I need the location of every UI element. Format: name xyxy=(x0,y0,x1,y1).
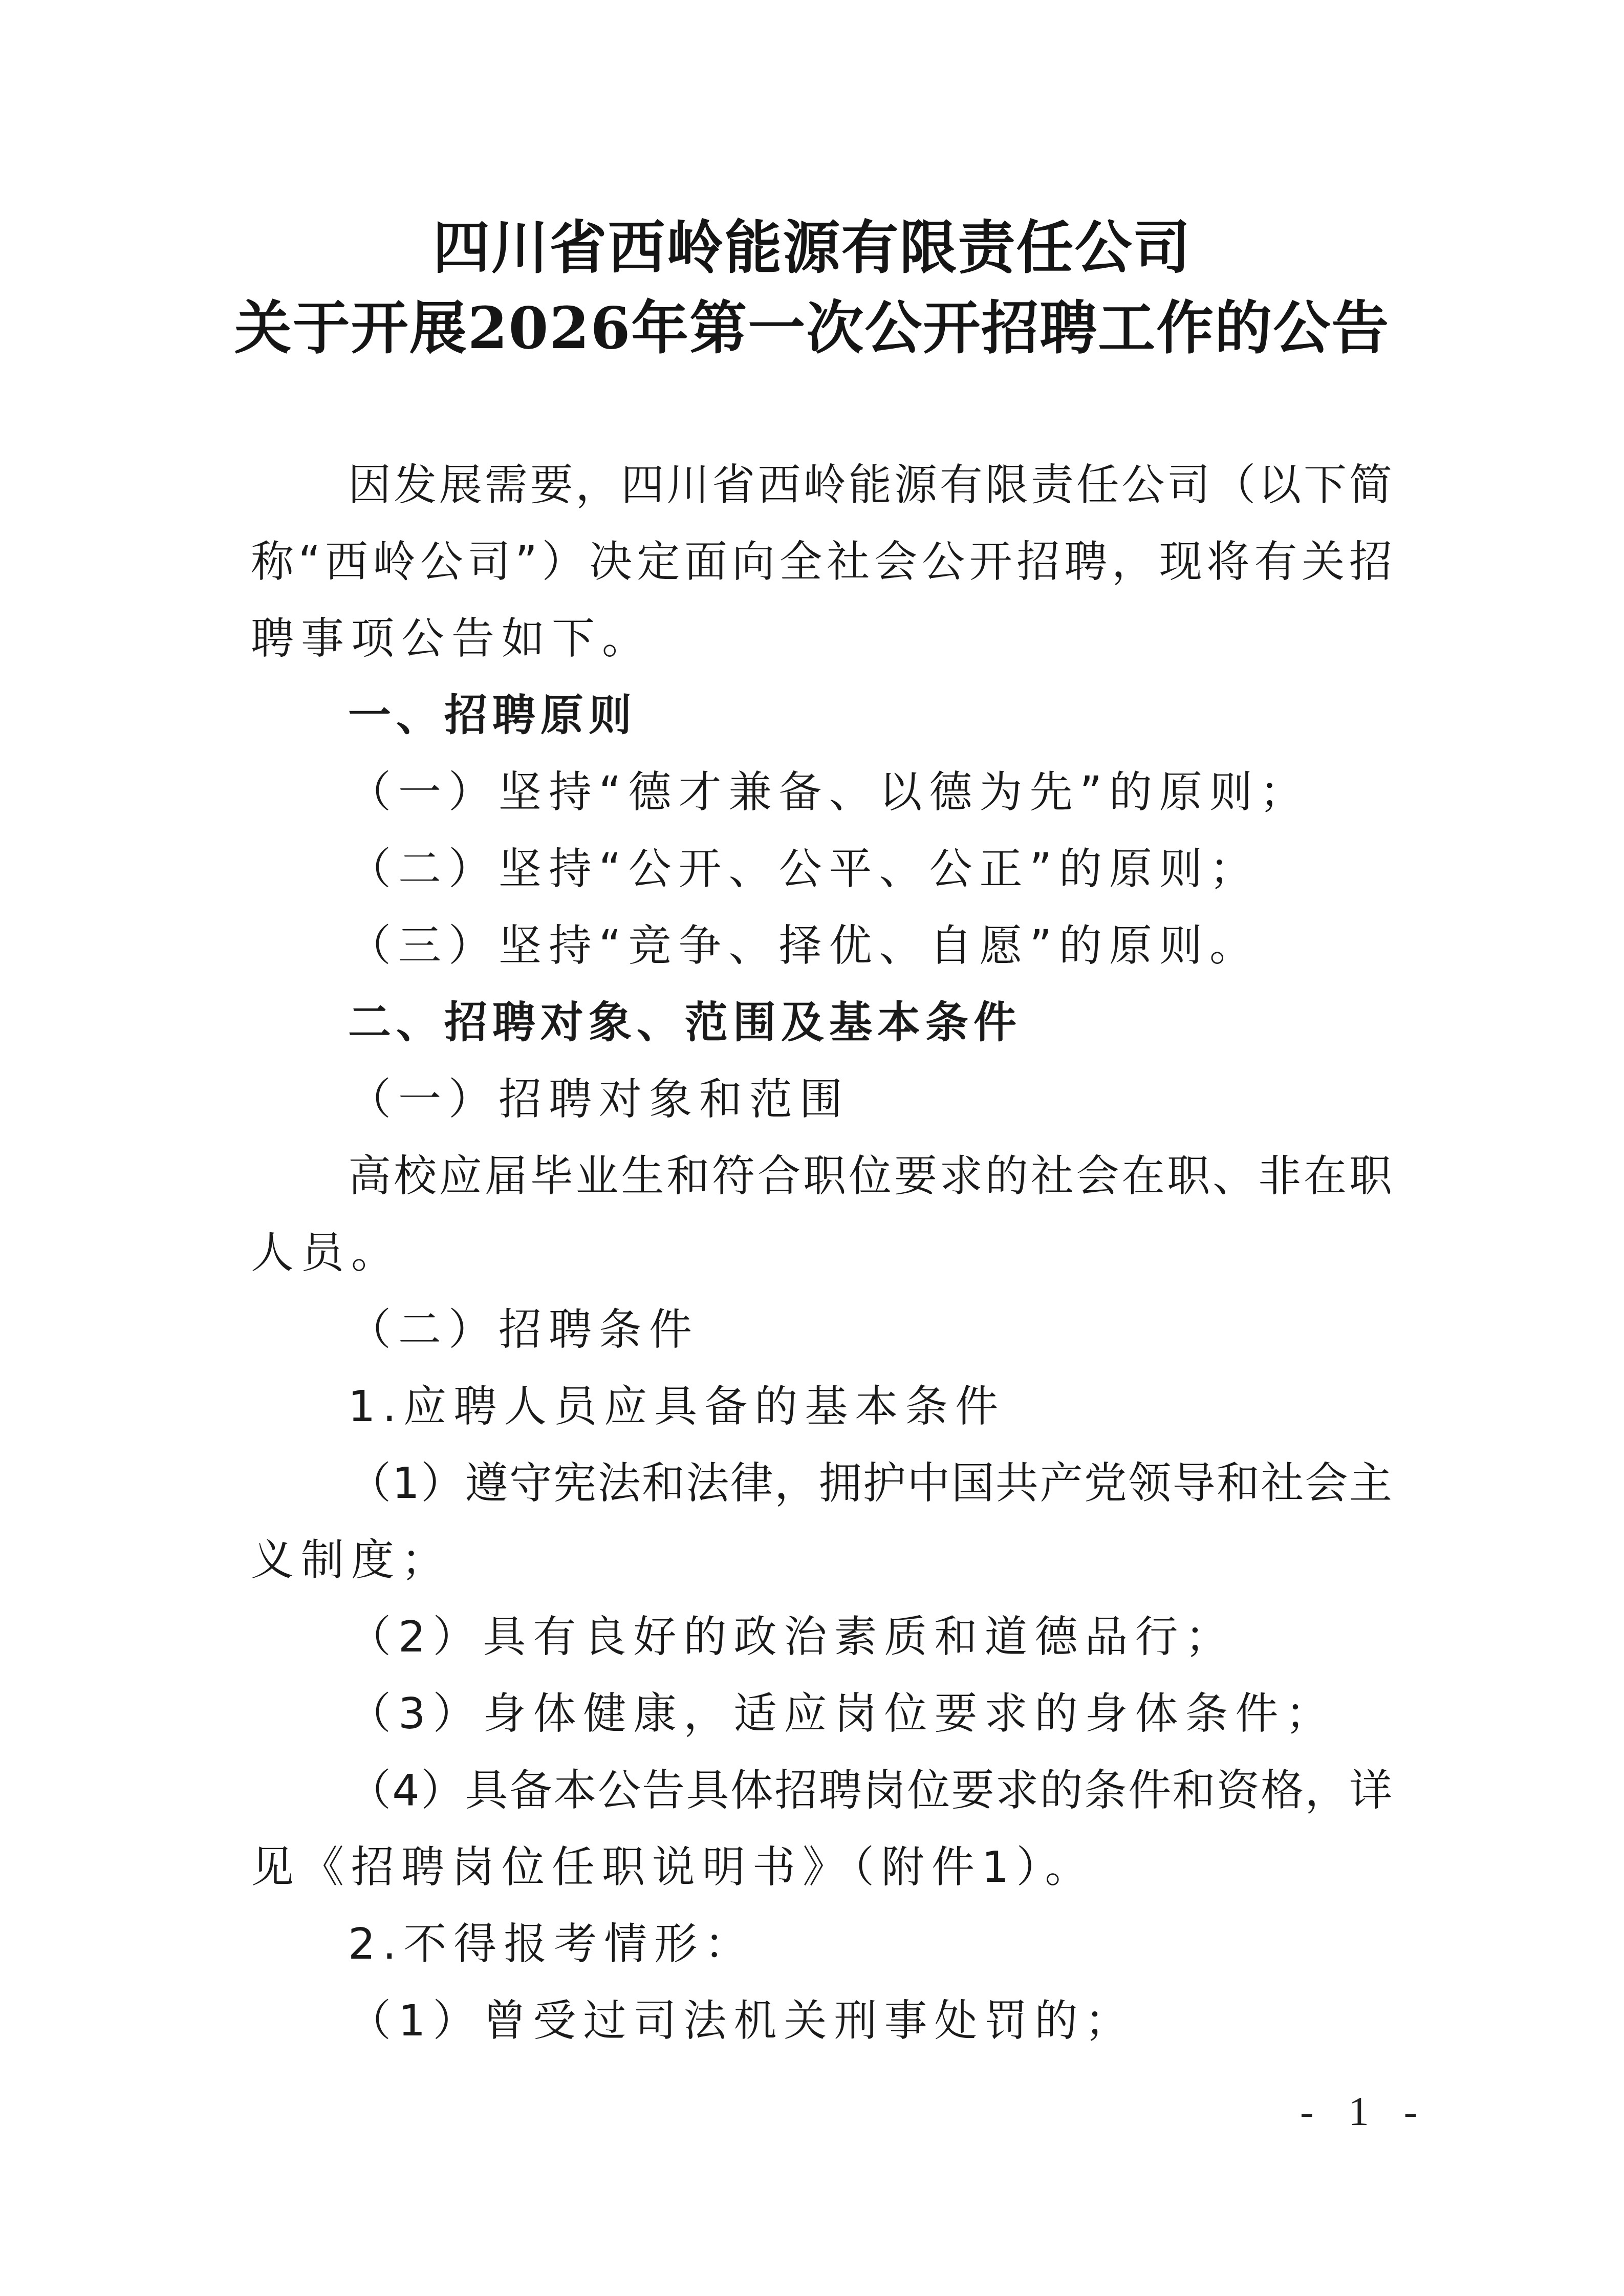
basic-conditions-heading: 1.应聘人员应具备的基本条件 xyxy=(348,1372,1005,1434)
excluded-heading: 2.不得报考情形： xyxy=(348,1909,754,1971)
subsection-1-heading: （一）招聘对象和范围 xyxy=(348,1065,850,1127)
intro-line-1: 因发展需要，四川省西岭能源有限责任公司（以下简 xyxy=(348,450,1392,512)
section-1-heading: 一、招聘原则 xyxy=(348,681,637,743)
basic-item-3: （3）身体健康，适应岗位要求的身体条件； xyxy=(348,1679,1335,1741)
subsection-2-heading: （二）招聘条件 xyxy=(348,1295,699,1357)
title-line-2: 关于开展2026年第一次公开招聘工作的公告 xyxy=(0,283,1624,365)
basic-item-4-line-2: 见《招聘岗位任职说明书》（附件1）。 xyxy=(251,1833,1095,1895)
basic-item-4-line-1: （4）具备本公告具体招聘岗位要求的条件和资格，详 xyxy=(348,1756,1392,1818)
basic-item-1-line-2: 义制度； xyxy=(251,1526,451,1587)
intro-line-2: 称“西岭公司”）决定面向全社会公开招聘，现将有关招 xyxy=(251,527,1392,589)
principle-item-3: （三）坚持“竞争、择优、自愿”的原则。 xyxy=(348,911,1260,973)
basic-item-2: （2）具有良好的政治素质和道德品行； xyxy=(348,1602,1235,1664)
basic-item-1-line-1: （1）遵守宪法和法律，拥护中国共产党领导和社会主 xyxy=(348,1449,1392,1511)
page-number: - 1 - xyxy=(1300,2089,1430,2135)
title-line-1: 四川省西岭能源有限责任公司 xyxy=(0,202,1624,285)
subsection-1-line-1: 高校应届毕业生和符合职位要求的社会在职、非在职 xyxy=(348,1142,1392,1204)
intro-line-3: 聘事项公告如下。 xyxy=(251,604,652,666)
excluded-item-1: （1）曾受过司法机关刑事处罚的； xyxy=(348,1986,1135,2048)
principle-item-1: （一）坚持“德才兼备、以德为先”的原则； xyxy=(348,758,1310,820)
subsection-1-line-2: 人员。 xyxy=(251,1218,401,1280)
principle-item-2: （二）坚持“公开、公平、公正”的原则； xyxy=(348,834,1260,896)
section-2-heading: 二、招聘对象、范围及基本条件 xyxy=(348,988,1022,1050)
